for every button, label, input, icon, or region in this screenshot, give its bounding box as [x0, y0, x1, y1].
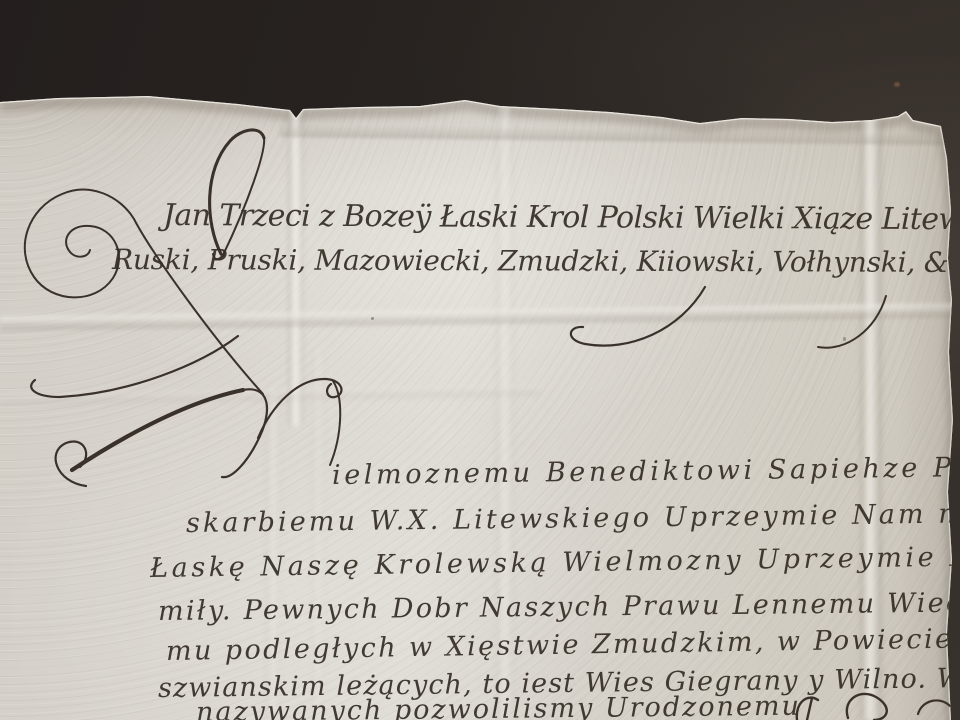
royal-intitulation-line-1: Jan Trzeci z Bozeÿ Łaski Krol Polski Wie… — [163, 198, 960, 237]
ink-speck — [371, 317, 374, 320]
background-speck — [894, 82, 900, 87]
paper-crease-horizontal — [0, 385, 540, 404]
body-line-3: Łaskę Naszę Krolewską Wielmozny Uprzeymi… — [150, 540, 960, 584]
body-line-2: skarbiemu W.X. Litewskiego Uprzeymie Nam… — [186, 497, 960, 539]
ink-speck — [843, 337, 846, 341]
bottom-right-flourish — [797, 694, 950, 720]
body-line-1: ielmoznemu Benediktowi Sapiehze Pod: — [332, 452, 960, 491]
header-descender-swash — [571, 287, 886, 348]
ruski-descender-swash — [31, 336, 238, 397]
photograph-of-royal-manuscript: Jan Trzeci z Bozeÿ Łaski Krol Polski Wie… — [0, 0, 960, 720]
body-line-4: miły. Pewnych Dobr Naszych Prawu Lennemu… — [158, 587, 960, 627]
paper-crease-horizontal — [0, 303, 960, 330]
paper-foldover-band — [280, 120, 945, 145]
initial-w-flourish — [56, 379, 342, 486]
paper-crease-vertical — [496, 100, 514, 720]
body-line-7-clipped: nazywanych pozwolilismy Urodzonemu — [196, 691, 801, 720]
royal-intitulation-line-2: Ruski, Pruski, Mazowiecki, Zmudzki, Kiio… — [112, 243, 960, 279]
body-line-5: mu podległych w Xięstwie Zmudzkim, w Pow… — [166, 622, 960, 667]
initial-j-flourish — [210, 130, 265, 259]
